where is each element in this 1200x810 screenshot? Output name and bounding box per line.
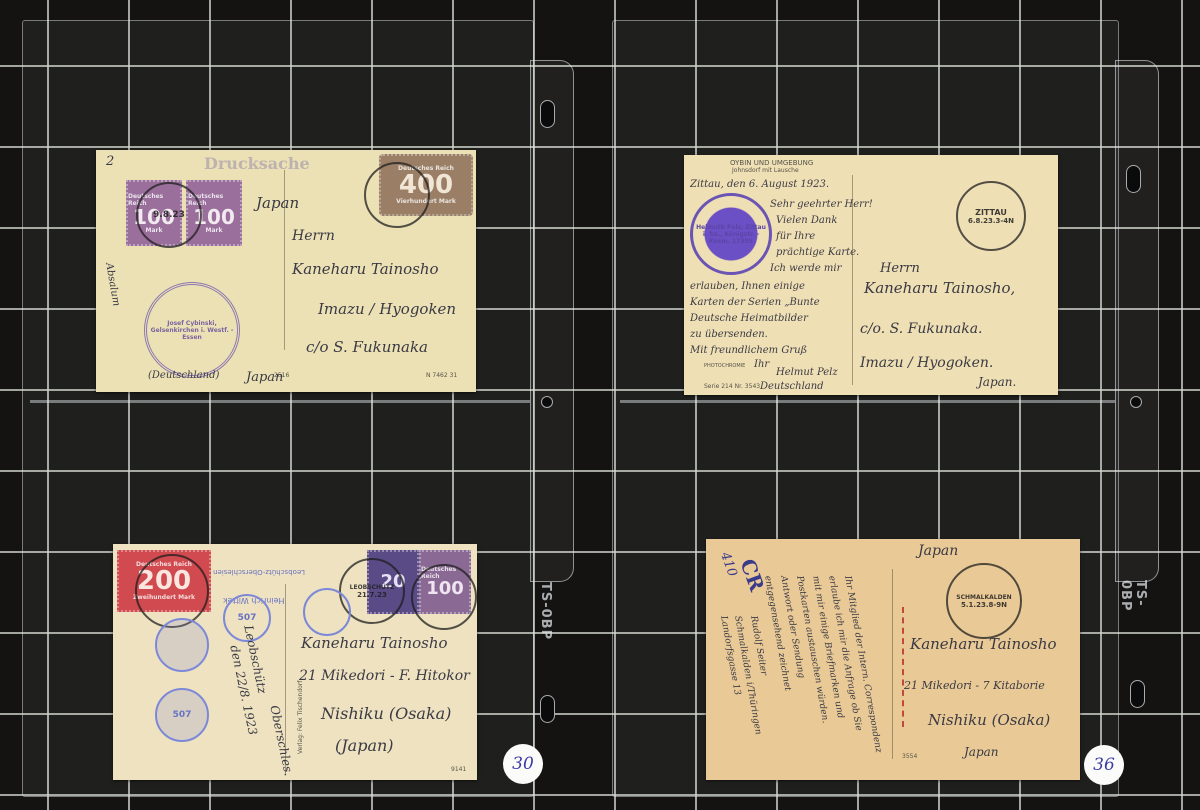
red-crayon-mark — [902, 607, 910, 727]
address-line: Nishiku (Osaka) — [321, 704, 451, 723]
address-line: Kaneharu Tainosho — [910, 635, 1057, 653]
postmark — [135, 554, 209, 628]
globe-seal — [303, 588, 351, 636]
binder-hole — [540, 100, 555, 128]
sender-stamp-place: Leobschütz-Oberschlesien — [213, 568, 305, 576]
message-line: Vielen Dank — [776, 215, 837, 226]
sleeve-code: TS-0BP — [538, 582, 553, 640]
postcard-top-right: OYBIN UND UMGEBUNG Johnsdorf mit Lausche… — [684, 155, 1058, 395]
side-note: Absalum — [103, 262, 121, 307]
postmark-zittau: ZITTAU 6.8.23.3-4N — [956, 181, 1026, 251]
printer-mark: 2516 — [274, 372, 289, 379]
address-line: Japan — [964, 745, 999, 759]
header-japan: Japan — [918, 543, 958, 559]
binder-hole — [1126, 165, 1141, 193]
binder-hole — [541, 396, 553, 408]
message-line: für Ihre — [776, 231, 815, 242]
sender-seal: Helmuth Pelz, Zittau i. Sa., Königstr. -… — [690, 193, 772, 275]
postmark — [411, 564, 477, 630]
printed-subheader: Johnsdorf mit Lausche — [732, 167, 799, 174]
corner-mark: 2 — [106, 154, 114, 169]
address-line: Kaneharu Tainosho — [292, 260, 439, 278]
address-line: 21 Mikedori - F. Hitokor — [299, 668, 470, 684]
message-line: zu übersenden. — [690, 329, 768, 340]
postcard-bottom-right: CR 410 Japan SCHMALKALDEN 5.1.23.8-9N Ih… — [706, 539, 1080, 780]
address-line: Japan. — [978, 375, 1016, 389]
sender-seal: Josef Cybinski, Gelsenkirchen i. Westf. … — [144, 282, 240, 378]
binder-hole — [1130, 396, 1142, 408]
message-line: Sehr geehrter Herr! — [770, 199, 873, 210]
printed-header: OYBIN UND UMGEBUNG — [730, 159, 813, 167]
address-line: Nishiku (Osaka) — [928, 711, 1050, 729]
address-line: Imazu / Hyogoken — [318, 300, 456, 318]
sender-note: (Deutschland) — [148, 370, 219, 381]
left-sleeve-binding-strip — [530, 60, 574, 582]
cr-number: 410 — [717, 550, 740, 578]
series-number: Serie 214 Nr. 3543 — [704, 383, 760, 390]
sleeve-pocket-divider — [620, 400, 1115, 403]
message-line: prächtige Karte. — [776, 247, 859, 258]
catalog-number: 9141 — [451, 766, 466, 773]
message-line: Mit freundlichem Gruß — [690, 345, 807, 356]
address-line: Kaneharu Tainosho — [301, 634, 448, 652]
message-line: Karten der Serien „Bunte — [690, 297, 820, 308]
postmark: 9.8.23 — [136, 182, 202, 248]
postmark — [364, 162, 430, 228]
binder-hole — [1130, 680, 1145, 708]
message-line: Deutsche Heimatbilder — [690, 313, 808, 324]
address-line: Kaneharu Tainosho, — [864, 279, 1015, 297]
message-line: erlauben, Ihnen einige — [690, 281, 805, 292]
page-number-label: 36 — [1084, 745, 1124, 785]
postcard-bottom-left: Deutsches Reich 200 Zweihundert Mark 20 … — [113, 544, 477, 780]
message-line: Helmut Pelz — [776, 367, 838, 378]
globe-seal: 507 — [155, 688, 209, 742]
address-line: Japan — [256, 194, 299, 212]
publisher: Verlag: Felix Tischendorf — [297, 681, 304, 754]
address-line: Herrn — [292, 228, 335, 244]
printed-header: Drucksache — [204, 154, 310, 173]
globe-seal — [155, 618, 209, 672]
message-line: Ich werde mir — [770, 263, 841, 274]
postmark-schmalkalden: SCHMALKALDEN 5.1.23.8-9N — [946, 563, 1022, 639]
address-line: Imazu / Hyogoken. — [860, 355, 993, 371]
catalog-number: N 7462 31 — [426, 372, 457, 379]
message-line: Zittau, den 6. August 1923. — [690, 179, 829, 190]
message-line: Oberschles. — [267, 704, 296, 777]
right-sleeve-binding-strip — [1115, 60, 1159, 582]
brand-mark: PHOTOCHROMIE — [704, 363, 745, 369]
address-line: Herrn — [880, 261, 920, 276]
address-line: c/o. S. Fukunaka. — [860, 321, 983, 337]
address-line: c/o S. Fukunaka — [306, 338, 428, 356]
address-line: 21 Mikedori - 7 Kitaborie — [904, 679, 1045, 692]
postcard-top-left: Drucksache 2 Deutsches Reich 100 Mark De… — [96, 150, 476, 392]
message-line: Deutschland — [760, 381, 824, 392]
address-line: (Japan) — [335, 736, 394, 755]
page-number-label: 30 — [503, 744, 543, 784]
message-line: Ihr — [754, 359, 769, 370]
sleeve-code: TS-0BP — [1118, 580, 1148, 632]
binder-hole — [540, 695, 555, 723]
sleeve-pocket-divider — [30, 400, 530, 403]
catalog-number: 3554 — [902, 753, 917, 760]
